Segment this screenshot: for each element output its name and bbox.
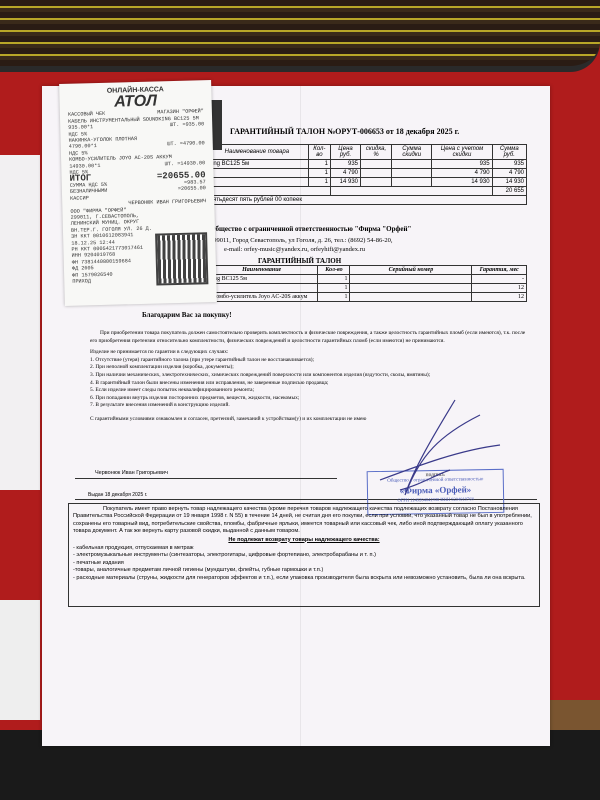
invoice-cell: King BC125 5м (206, 160, 309, 169)
invoice-row: м114 93014 93014 930 (206, 178, 527, 187)
warranty-cell (350, 293, 472, 302)
qr-code (157, 234, 206, 283)
warranty-table: Наименование Кол-во Серийный номер Гаран… (205, 265, 527, 302)
invoice-cell (392, 169, 432, 178)
warranty-row: ...е112 (206, 284, 527, 293)
email-line: e-mail: orfey-music@yandex.ru, orfeyhifi… (210, 245, 393, 254)
invoice-cell (206, 187, 331, 196)
invoice-cell: 4 790 (492, 169, 526, 178)
warranty-cell: 1 (318, 293, 350, 302)
invoice-row: King BC125 5м1935935935 (206, 160, 527, 169)
return-exclusion-item: - кабельная продукция, отпускаемая в мет… (73, 545, 535, 552)
background-paper-lower (0, 600, 40, 720)
return-policy-box: Покупатель имеет право вернуть товар над… (68, 503, 540, 607)
col-discount: скидка, % (361, 145, 392, 160)
sum-in-words: ...ятьдесят пять рублей 00 копеек (206, 196, 527, 205)
warranty-row: ...ing BC125 5м1- (206, 275, 527, 284)
invoice-cell: 1 (308, 160, 330, 169)
company-address: 299011, Город Севастополь, ул Гоголя, д.… (210, 236, 393, 254)
exclusions-intro: Изделие не принимается по гарантии в сле… (90, 349, 530, 357)
invoice-total-row: 20 655 (206, 187, 527, 196)
invoice-total: 20 655 (492, 187, 526, 196)
invoice-cell: 935 (432, 160, 492, 169)
invoice-cell (361, 160, 392, 169)
warranty-cell: 12 (472, 293, 527, 302)
return-heading: Не подлежат возврату товары надлежащего … (73, 537, 535, 544)
cashless-value: =20655.00 (178, 186, 206, 193)
receipt-address: 299011, Г.СЕВАСТОПОЛЬ, ЛЕНИНСКИЙ МУНИЦ. … (71, 212, 161, 234)
wt-col-serial: Серийный номер (350, 266, 472, 275)
striped-mat (0, 0, 600, 72)
fiscal-data: ЗН ККТ 001061208394118.12.25 12:44РН ККТ… (71, 232, 150, 279)
return-exclusion-item: - расходные материалы (струны, жидкости … (73, 575, 535, 582)
col-price-discounted: Цена с учетом скидки (432, 145, 492, 160)
handwritten-signature (360, 395, 510, 505)
receipt-item-total: ШТ. =4790.00 (167, 141, 205, 148)
invoice-cell: 14 930 (492, 178, 526, 187)
warranty-cell: 1 (318, 284, 350, 293)
signer-name: Червонюк Иван Григорьевич (95, 470, 168, 476)
receipt-item-total: ШТ. =14930.00 (165, 160, 206, 167)
invoice-row: 14 7904 7904 790 (206, 169, 527, 178)
signature-line (75, 478, 337, 479)
invoice-cell (392, 160, 432, 169)
invoice-cell (392, 178, 432, 187)
wt-col-warranty: Гарантия, мес (472, 266, 527, 275)
col-discount-sum: Сумма скидки (392, 145, 432, 160)
col-price: Цена руб. (331, 145, 361, 160)
exclusion-item: 2. При неполной комплектации изделия (ко… (90, 364, 530, 372)
invoice-cell: 1 (308, 169, 330, 178)
invoice-cell: 4 790 (331, 169, 361, 178)
invoice-cell (331, 187, 493, 196)
warranty-cell (350, 275, 472, 284)
company-name: Общество с ограниченной ответственностью… (210, 225, 411, 233)
exclusion-item: 5. Если изделие имеет следы попыток некв… (90, 387, 530, 395)
invoice-cell: 935 (492, 160, 526, 169)
invoice-cell: 935 (331, 160, 361, 169)
invoice-cell: 14 930 (432, 178, 492, 187)
warranty-title: ГАРАНТИЙНЫЙ ТАЛОН (258, 257, 341, 265)
document-title: ГАРАНТИЙНЫЙ ТАЛОН №ОРУТ-006653 от 18 дек… (230, 127, 459, 136)
thanks-text: Благодарим Вас за покупку! (142, 311, 232, 319)
return-exclusion-item: -товары, аналогичные предметам личной ги… (73, 567, 535, 574)
warranty-cell: - (472, 275, 527, 284)
col-name: Наименование товара (206, 145, 309, 160)
invoice-cell (361, 169, 392, 178)
warranty-cell: 1 (318, 275, 350, 284)
invoice-cell (361, 178, 392, 187)
receipt-item-qty-price: 935.00*1 (68, 124, 93, 131)
invoice-table: Наименование товара Кол-во Цена руб. ски… (205, 144, 527, 205)
background-paper (0, 155, 40, 490)
col-qty: Кол-во (308, 145, 330, 160)
invoice-cell: 4 790 (432, 169, 492, 178)
intro-paragraph: При приобретении товара покупатель долже… (90, 330, 530, 345)
sum-in-words-row: ...ятьдесят пять рублей 00 копеек (206, 196, 527, 205)
warranty-cell (350, 284, 472, 293)
warranty-cell: ...е (206, 284, 318, 293)
warranty-cell: ...ing BC125 5м (206, 275, 318, 284)
wt-col-qty: Кол-во (318, 266, 350, 275)
warranty-cell: ...Комбо-усилитель Joyo AC-20S аккум (206, 293, 318, 302)
invoice-cell: 1 (308, 178, 330, 187)
wt-col-name: Наименование (206, 266, 318, 275)
return-exclusions-list: - кабельная продукция, отпускаемая в мет… (73, 545, 535, 582)
invoice-cell (206, 169, 309, 178)
return-exclusion-item: - электромузыкальные инструменты (синтез… (73, 552, 535, 559)
return-paragraph: Покупатель имеет право вернуть товар над… (73, 506, 535, 536)
invoice-cell: м (206, 178, 309, 187)
issued-date: Выдан 18 декабря 2025 г. (88, 492, 147, 498)
warranty-cell: 12 (472, 284, 527, 293)
col-sum: Сумма руб. (492, 145, 526, 160)
exclusion-item: 3. При наличии механических, электротехн… (90, 372, 530, 380)
receipt-item-total: ШТ. =935.00 (170, 121, 204, 128)
receipt-lines: КАБЕЛЬ ИНСТРУМЕНТАЛЬНЫЙ SOUNDKING BC125 … (68, 115, 205, 176)
address-line: 299011, Город Севастополь, ул Гоголя, д.… (210, 236, 393, 245)
invoice-cell: 14 930 (331, 178, 361, 187)
warranty-row: ...Комбо-усилитель Joyo AC-20S аккум112 (206, 293, 527, 302)
cash-receipt: ОНЛАЙН-КАССА АТОЛ КАССОВЫЙ ЧЕК МАГАЗИН "… (59, 80, 217, 306)
